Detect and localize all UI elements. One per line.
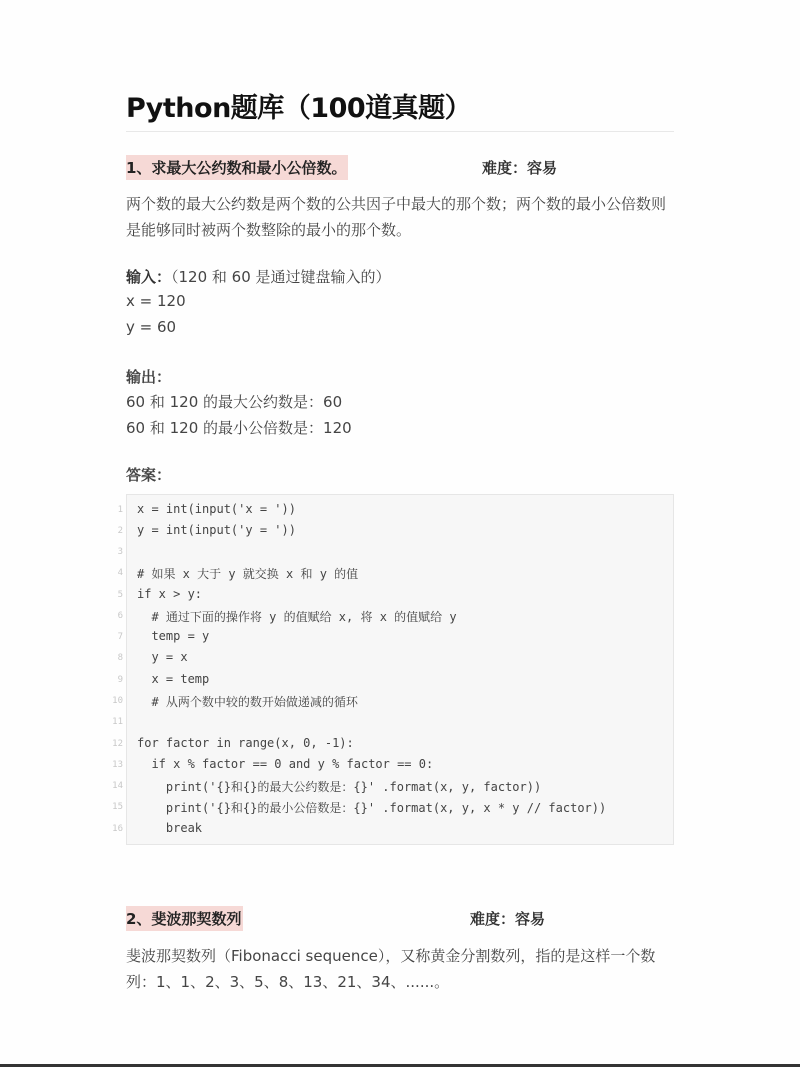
code-line: y = x xyxy=(137,650,188,664)
input-note: （120 和 60 是通过键盘输入的） xyxy=(171,268,391,286)
code-block: 1 x = int(input('x = ')) 2 y = int(input… xyxy=(126,494,674,845)
page-title: Python题库（100道真题） xyxy=(126,86,471,125)
line-number: 11 xyxy=(111,717,123,727)
line-number: 4 xyxy=(111,568,123,578)
question-2-description: 斐波那契数列（Fibonacci sequence），又称黄金分割数列，指的是这… xyxy=(126,943,674,995)
code-line: y = int(input('y = ')) xyxy=(137,523,296,537)
line-number: 6 xyxy=(111,611,123,621)
question-1-title: 1、求最大公约数和最小公倍数。 xyxy=(126,155,348,180)
question-1-description: 两个数的最大公约数是两个数的公共因子中最大的那个数；两个数的最小公倍数则是能够同… xyxy=(126,191,674,243)
code-line: if x % factor == 0 and y % factor == 0: xyxy=(137,757,433,771)
code-line: for factor in range(x, 0, -1): xyxy=(137,736,354,750)
input-heading: 输入：（120 和 60 是通过键盘输入的） xyxy=(126,266,391,287)
code-line: x = int(input('x = ')) xyxy=(137,502,296,516)
answer-label: 答案： xyxy=(126,464,171,485)
question-2-title: 2、斐波那契数列 xyxy=(126,906,243,931)
question-2-header: 2、斐波那契数列 难度：容易 xyxy=(126,906,674,930)
code-line: break xyxy=(137,821,202,835)
input-line-2: y = 60 xyxy=(126,318,176,336)
question-2-difficulty: 难度：容易 xyxy=(470,908,545,929)
code-line: # 通过下面的操作将 y 的值赋给 x, 将 x 的值赋给 y xyxy=(137,608,457,625)
code-line: print('{}和{}的最小公倍数是：{}' .format(x, y, x … xyxy=(137,799,606,816)
output-line-1: 60 和 120 的最大公约数是：60 xyxy=(126,391,342,412)
title-divider xyxy=(126,131,674,132)
input-line-1: x = 120 xyxy=(126,292,186,310)
line-number: 2 xyxy=(111,526,123,536)
line-number: 5 xyxy=(111,590,123,600)
line-number: 16 xyxy=(111,824,123,834)
input-label: 输入： xyxy=(126,268,171,286)
line-number: 9 xyxy=(111,675,123,685)
line-number: 13 xyxy=(111,760,123,770)
line-number: 10 xyxy=(111,696,123,706)
code-line: temp = y xyxy=(137,629,209,643)
line-number: 7 xyxy=(111,632,123,642)
line-number: 8 xyxy=(111,653,123,663)
output-label: 输出： xyxy=(126,366,171,387)
line-number: 1 xyxy=(111,505,123,515)
code-line: if x > y: xyxy=(137,587,202,601)
code-line: x = temp xyxy=(137,672,209,686)
output-line-2: 60 和 120 的最小公倍数是：120 xyxy=(126,417,352,438)
question-1-difficulty: 难度：容易 xyxy=(482,157,557,178)
line-number: 3 xyxy=(111,547,123,557)
line-number: 14 xyxy=(111,781,123,791)
question-1-header: 1、求最大公约数和最小公倍数。 难度：容易 xyxy=(126,155,674,179)
code-line: # 从两个数中较的数开始做递减的循环 xyxy=(137,693,358,710)
line-number: 15 xyxy=(111,802,123,812)
code-line: # 如果 x 大于 y 就交换 x 和 y 的值 xyxy=(137,565,358,582)
code-line: print('{}和{}的最大公约数是：{}' .format(x, y, fa… xyxy=(137,778,541,795)
line-number: 12 xyxy=(111,739,123,749)
